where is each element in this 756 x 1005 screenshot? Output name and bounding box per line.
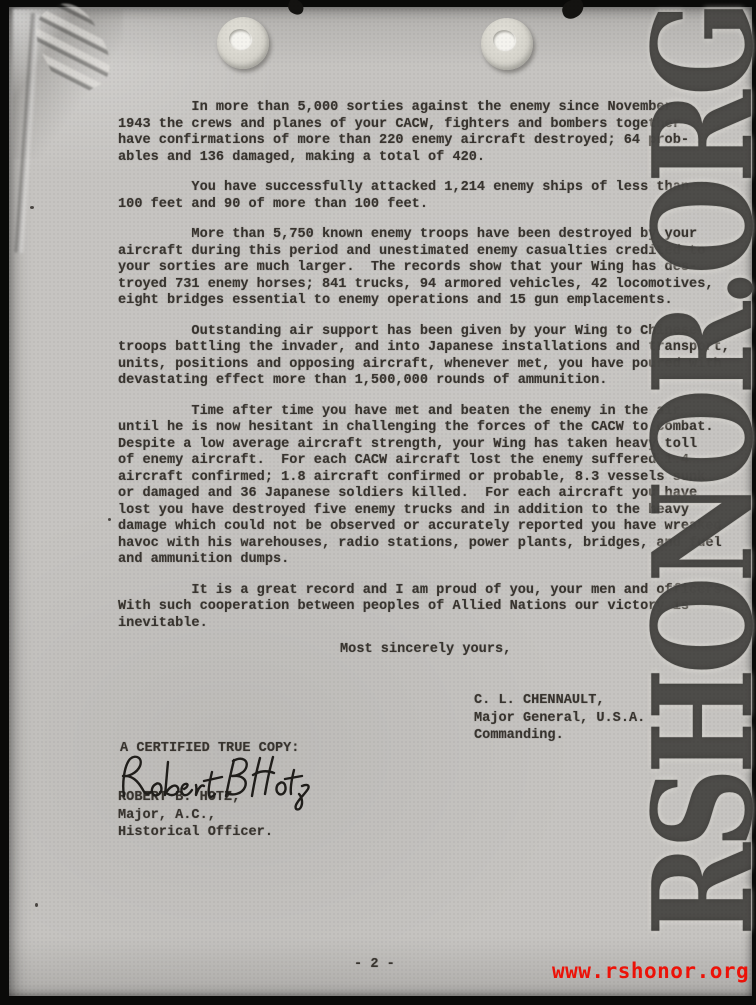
handwritten-signature-robert-b-hotz	[110, 750, 310, 812]
punch-hole-left-opening	[229, 29, 251, 49]
crumple-wrinkles	[25, 0, 120, 102]
punch-hole-right-opening	[493, 30, 515, 50]
punch-hole-right	[481, 18, 533, 70]
crumple-edge-shadow	[15, 13, 42, 253]
scanned-letter-page: In more than 5,000 sorties against the e…	[0, 0, 756, 1005]
sender-signature-block: C. L. CHENNAULT, Major General, U.S.A. C…	[474, 692, 645, 745]
vertical-watermark-text: RSHONOR.ORG	[624, 6, 756, 936]
punch-hole-left	[217, 17, 269, 69]
paper-speck	[108, 518, 111, 521]
closing-line: Most sincerely yours,	[340, 641, 511, 658]
paper-speck	[35, 903, 38, 907]
page-number: - 2 -	[354, 957, 395, 972]
watermark-url-text: www.rshonor.org	[552, 959, 749, 983]
paper-speck	[30, 206, 34, 209]
crumple-highlight	[13, 9, 123, 159]
